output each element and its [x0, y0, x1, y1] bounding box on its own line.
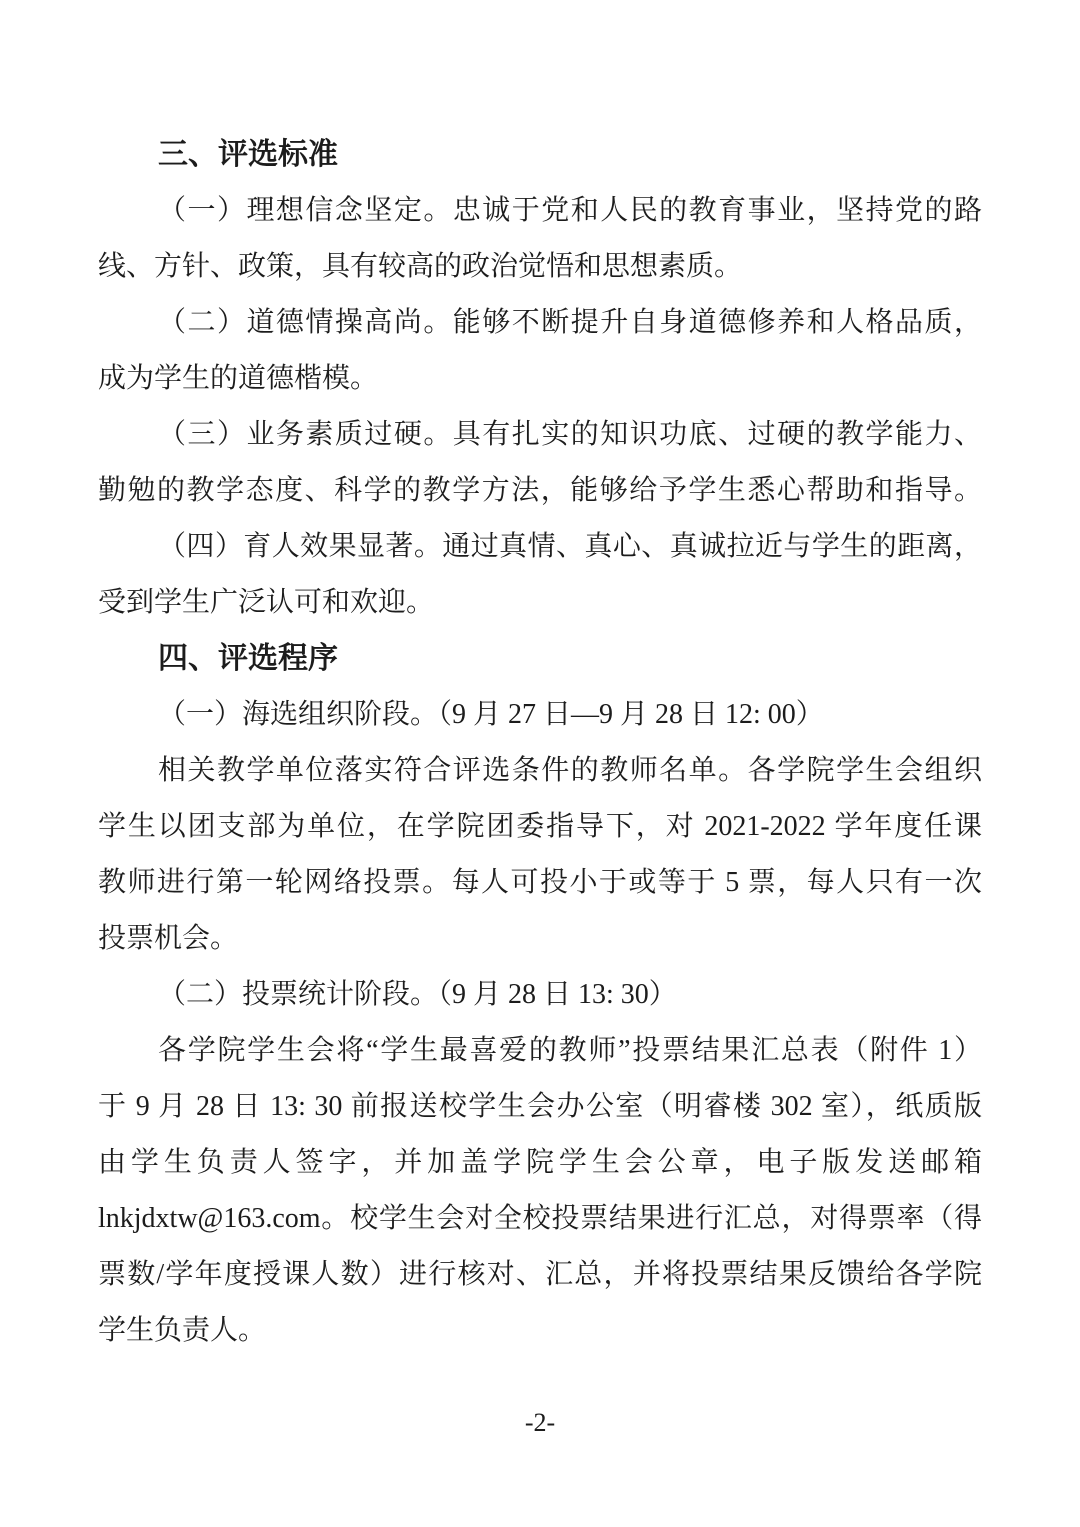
doc-line: （一）海选组织阶段。（9 月 27 日—9 月 28 日 12: 00）	[98, 687, 982, 743]
doc-line: 学生负责人。	[98, 1303, 982, 1359]
page-number: -2-	[0, 1403, 1080, 1443]
document-body: 三、评选标准 （一）理想信念坚定。忠诚于党和人民的教育事业，坚持党的路 线、方针…	[98, 127, 982, 1359]
heading-evaluation-procedure: 四、评选程序	[98, 631, 982, 687]
doc-line: lnkjdxtw@163.com。校学生会对全校投票结果进行汇总，对得票率（得	[98, 1191, 982, 1247]
doc-line: （一）理想信念坚定。忠诚于党和人民的教育事业，坚持党的路	[98, 183, 982, 239]
doc-line: 票数/学年度授课人数）进行核对、汇总，并将投票结果反馈给各学院	[98, 1247, 982, 1303]
doc-line: 投票机会。	[98, 911, 982, 967]
doc-line: 受到学生广泛认可和欢迎。	[98, 575, 982, 631]
doc-line: 成为学生的道德楷模。	[98, 351, 982, 407]
doc-line: 线、方针、政策，具有较高的政治觉悟和思想素质。	[98, 239, 982, 295]
doc-line: （二）道德情操高尚。能够不断提升自身道德修养和人格品质，	[98, 295, 982, 351]
doc-line: 各学院学生会将“学生最喜爱的教师”投票结果汇总表（附件 1）	[98, 1023, 982, 1079]
doc-line: 教师进行第一轮网络投票。每人可投小于或等于 5 票，每人只有一次	[98, 855, 982, 911]
doc-line: 相关教学单位落实符合评选条件的教师名单。各学院学生会组织	[98, 743, 982, 799]
doc-line: 由学生负责人签字，并加盖学院学生会公章，电子版发送邮箱	[98, 1135, 982, 1191]
doc-line: （四）育人效果显著。通过真情、真心、真诚拉近与学生的距离，	[98, 519, 982, 575]
doc-line: 勤勉的教学态度、科学的教学方法，能够给予学生悉心帮助和指导。	[98, 463, 982, 519]
document-page: 三、评选标准 （一）理想信念坚定。忠诚于党和人民的教育事业，坚持党的路 线、方针…	[0, 0, 1080, 1527]
doc-line: 于 9 月 28 日 13: 30 前报送校学生会办公室（明睿楼 302 室），…	[98, 1079, 982, 1135]
heading-evaluation-criteria: 三、评选标准	[98, 127, 982, 183]
doc-line: （三）业务素质过硬。具有扎实的知识功底、过硬的教学能力、	[98, 407, 982, 463]
doc-line: 学生以团支部为单位，在学院团委指导下，对 2021-2022 学年度任课	[98, 799, 982, 855]
doc-line: （二）投票统计阶段。（9 月 28 日 13: 30）	[98, 967, 982, 1023]
